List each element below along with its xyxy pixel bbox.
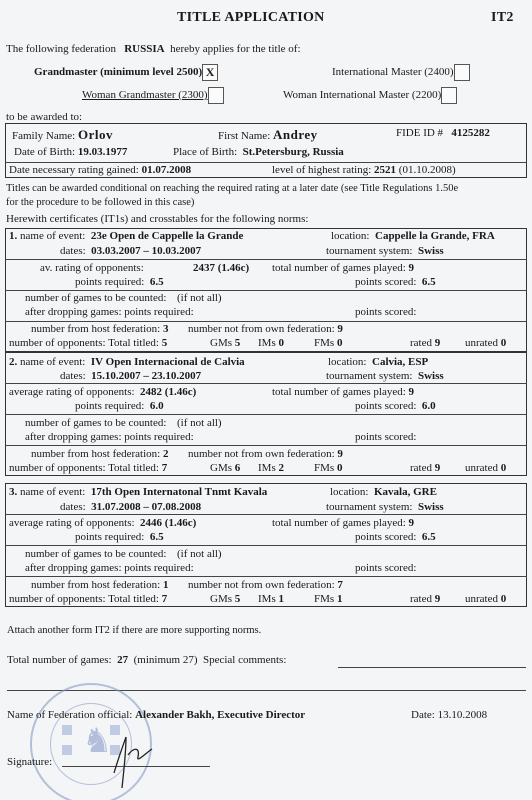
norm-3-titled: number of opponents: Total titled: 7	[9, 593, 167, 605]
family-name-field: Family Name: Orlov	[12, 127, 113, 143]
norm-2-points-required: points required: 6.0	[75, 400, 164, 412]
norm-1-system: tournament system: Swiss	[326, 245, 444, 257]
norm-2-avg-rating: average rating of opponents: 2482 (1.46c…	[9, 386, 196, 398]
norm-2-unrated: unrated 0	[465, 462, 506, 474]
norm-3-unrated: unrated 0	[465, 593, 506, 605]
norm-2-host-fed: number from host federation: 2	[31, 448, 168, 460]
norm-3-dates: dates: 31.07.2008 – 07.08.2008	[60, 501, 201, 513]
norm-2-fms: FMs 0	[314, 462, 342, 474]
official-field: Name of Federation official: Alexander B…	[7, 709, 305, 721]
norm-2-dates: dates: 15.10.2007 – 23.10.2007	[60, 370, 201, 382]
norm-2-gms: GMs 6	[210, 462, 240, 474]
norm-3-gms: GMs 5	[210, 593, 240, 605]
norm-2-titled: number of opponents: Total titled: 7	[9, 462, 167, 474]
norm-1-gms: GMs 5	[210, 337, 240, 349]
norm-2-games-played: total number of games played: 9	[272, 386, 414, 398]
wim-checkbox[interactable]	[441, 87, 457, 104]
wgm-checkbox[interactable]	[208, 87, 224, 104]
norm-1-points-scored: points scored: 6.5	[355, 276, 436, 288]
norm-3-rated: rated 9	[410, 593, 440, 605]
norm-2-not-own-fed: number not from own federation: 9	[188, 448, 343, 460]
norm-2-event: 2. name of event: IV Open Internacional …	[9, 356, 245, 368]
fide-id-field: FIDE ID # 4125282	[396, 127, 490, 139]
norm-3-games-played: total number of games played: 9	[272, 517, 414, 529]
norm-3-points-scored: points scored: 6.5	[355, 531, 436, 543]
norm-1-unrated: unrated 0	[465, 337, 506, 349]
divider	[5, 162, 527, 163]
title-option-wgm: Woman Grandmaster (2300)	[82, 87, 224, 104]
norm-1-dates: dates: 03.03.2007 – 10.03.2007	[60, 245, 201, 257]
norm-3-avg-rating: average rating of opponents: 2446 (1.46c…	[9, 517, 196, 529]
first-name-field: First Name: Andrey	[218, 127, 318, 143]
signature-icon	[110, 733, 160, 793]
norm-3-points-required: points required: 6.5	[75, 531, 164, 543]
norm-1-location: location: Cappelle la Grande, FRA	[331, 230, 495, 242]
norm-1-event: 1. name of event: 23e Open de Cappelle l…	[9, 230, 243, 242]
federation-line: The following federation RUSSIA hereby a…	[6, 43, 301, 55]
norm-1-host-fed: number from host federation: 3	[31, 323, 168, 335]
norm-1-rated: rated 9	[410, 337, 440, 349]
title-option-wim: Woman International Master (2200)	[283, 87, 457, 104]
norm-1-not-own-fed: number not from own federation: 9	[188, 323, 343, 335]
form-code: IT2	[491, 10, 514, 26]
norm-3-system: tournament system: Swiss	[326, 501, 444, 513]
norm-3-fms: FMs 1	[314, 593, 342, 605]
pob-field: Place of Birth: St.Petersburg, Russia	[173, 146, 344, 158]
norm-1-points-required: points required: 6.5	[75, 276, 164, 288]
special-comments-input[interactable]	[338, 667, 526, 668]
title-option-im: International Master (2400)	[332, 64, 470, 81]
norm-1-avg-rating: 2437 (1.46c)	[193, 262, 249, 274]
date-field: Date: 13.10.2008	[411, 709, 487, 721]
norm-1-games-played: total number of games played: 9	[272, 262, 414, 274]
highest-rating-field: level of highest rating: 2521 (01.10.200…	[272, 164, 456, 176]
norm-1-fms: FMs 0	[314, 337, 342, 349]
norm-3-ims: IMs 1	[258, 593, 284, 605]
federation-name: RUSSIA	[124, 43, 164, 55]
page-title: TITLE APPLICATION	[177, 10, 325, 26]
dob-field: Date of Birth: 19.03.1977	[14, 146, 127, 158]
norm-3-location: location: Kavala, GRE	[330, 486, 437, 498]
signature-label: Signature:	[7, 756, 52, 768]
norm-3-host-fed: number from host federation: 1	[31, 579, 168, 591]
norm-2-rated: rated 9	[410, 462, 440, 474]
awarded-to-label: to be awarded to:	[6, 111, 82, 123]
norm-2-ims: IMs 2	[258, 462, 284, 474]
conditional-note-line2: for the procedure to be followed in this…	[6, 197, 194, 208]
gm-checkbox[interactable]: X	[202, 64, 218, 81]
norm-3-not-own-fed: number not from own federation: 7	[188, 579, 343, 591]
im-checkbox[interactable]	[454, 64, 470, 81]
rating-gained-field: Date necessary rating gained: 01.07.2008	[9, 164, 191, 176]
norm-2-location: location: Calvia, ESP	[328, 356, 428, 368]
attach-note: Attach another form IT2 if there are mor…	[7, 625, 261, 636]
total-games-field: Total number of games: 27 (minimum 27) S…	[7, 654, 286, 666]
norm-2-system: tournament system: Swiss	[326, 370, 444, 382]
norm-1-ims: IMs 0	[258, 337, 284, 349]
conditional-note-line1: Titles can be awarded conditional on rea…	[6, 183, 458, 194]
norm-1-titled: number of opponents: Total titled: 5	[9, 337, 167, 349]
norm-2-points-scored: points scored: 6.0	[355, 400, 436, 412]
norms-intro: Herewith certificates (IT1s) and crossta…	[6, 213, 308, 225]
title-option-gm: Grandmaster (minimum level 2500)X	[34, 64, 218, 81]
norm-3-event: 3. name of event: 17th Open Internatonal…	[9, 486, 267, 498]
